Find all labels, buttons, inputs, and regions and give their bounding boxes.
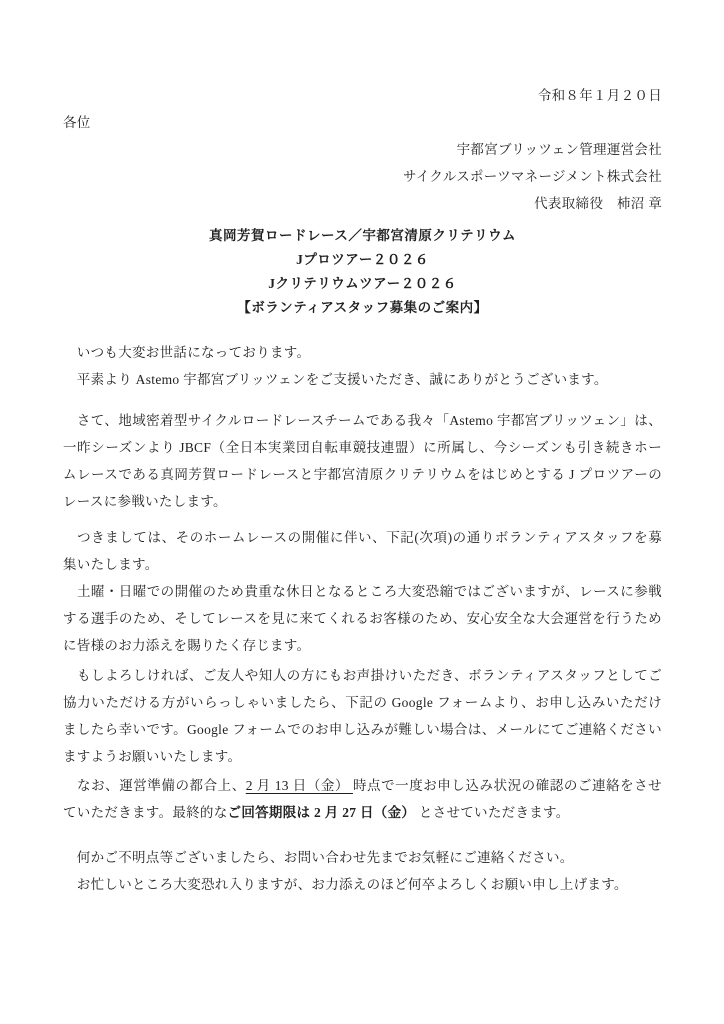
title-race-names: 真岡芳賀ロードレース／宇都宮清原クリテリウム bbox=[63, 224, 662, 248]
letter-date: 令和８年１月２０日 bbox=[63, 82, 662, 109]
paragraph-text: 何かご不明点等ございましたら、お問い合わせ先までお気軽にご連絡ください。 bbox=[63, 850, 574, 865]
sender-representative: 代表取締役 柿沼 章 bbox=[63, 190, 662, 217]
paragraph-text: つきましては、そのホームレースの開催に伴い、下記(次項)の通りボランティアスタッ… bbox=[63, 530, 662, 572]
paragraph: さて、地域密着型サイクルロードレースチームである我々「Astemo 宇都宮ブリッ… bbox=[63, 407, 662, 515]
paragraph-text: 土曜・日曜での開催のため貴重な休日となるところ大変恐縮ではございますが、レースに… bbox=[63, 584, 662, 653]
paragraph-text: とさせていただきます。 bbox=[419, 805, 570, 820]
paragraph: なお、運営準備の都合上、2 月 13 日（金） 時点で一度お申し込み状況の確認の… bbox=[63, 772, 662, 826]
paragraph: もしよろしければ、ご友人や知人の方にもお声掛けいただき、ボランティアスタッフとし… bbox=[63, 662, 662, 770]
title-volunteer-recruitment: 【ボランティアスタッフ募集のご案内】 bbox=[63, 296, 662, 320]
paragraph: 平素より Astemo 宇都宮ブリッツェンをご支援いただき、誠にありがとうござい… bbox=[63, 366, 662, 393]
paragraph: お忙しいところ大変恐れ入りますが、お力添えのほど何卒よろしくお願い申し上げます。 bbox=[63, 871, 662, 898]
sender-company-1: 宇都宮ブリッツェン管理運営会社 bbox=[63, 136, 662, 163]
paragraph-text: もしよろしければ、ご友人や知人の方にもお声掛けいただき、ボランティアスタッフとし… bbox=[63, 668, 662, 764]
reply-deadline-bold: ご回答期限は 2 月 27 日（金） bbox=[228, 805, 419, 820]
letter-title-block: 真岡芳賀ロードレース／宇都宮清原クリテリウム Jプロツアー２０２６ Jクリテリウ… bbox=[63, 224, 662, 320]
sender-block: 宇都宮ブリッツェン管理運営会社 サイクルスポーツマネージメント株式会社 代表取締… bbox=[63, 136, 662, 217]
paragraph-text: いつも大変お世話になっております。 bbox=[63, 345, 310, 360]
paragraph-text: なお、運営準備の都合上、 bbox=[63, 778, 246, 793]
sender-company-2: サイクルスポーツマネージメント株式会社 bbox=[63, 163, 662, 190]
paragraph-text: お忙しいところ大変恐れ入りますが、お力添えのほど何卒よろしくお願い申し上げます。 bbox=[63, 877, 628, 892]
document-page: 令和８年１月２０日 各位 宇都宮ブリッツェン管理運営会社 サイクルスポーツマネー… bbox=[0, 0, 724, 1024]
title-j-pro-tour: Jプロツアー２０２６ bbox=[63, 248, 662, 272]
paragraph: 土曜・日曜での開催のため貴重な休日となるところ大変恐縮ではございますが、レースに… bbox=[63, 578, 662, 659]
paragraph: つきましては、そのホームレースの開催に伴い、下記(次項)の通りボランティアスタッ… bbox=[63, 524, 662, 578]
paragraph: いつも大変お世話になっております。 bbox=[63, 339, 662, 366]
title-j-criterium-tour: Jクリテリウムツアー２０２６ bbox=[63, 272, 662, 296]
paragraph: 何かご不明点等ございましたら、お問い合わせ先までお気軽にご連絡ください。 bbox=[63, 844, 662, 871]
checkpoint-date-underlined: 2 月 13 日（金） bbox=[246, 778, 353, 793]
paragraph-text: 平素より Astemo 宇都宮ブリッツェンをご支援いただき、誠にありがとうござい… bbox=[63, 372, 608, 387]
letter-recipient: 各位 bbox=[63, 109, 662, 136]
letter-body: いつも大変お世話になっております。 平素より Astemo 宇都宮ブリッツェンを… bbox=[63, 339, 662, 898]
paragraph-text: さて、地域密着型サイクルロードレースチームである我々「Astemo 宇都宮ブリッ… bbox=[63, 413, 662, 509]
